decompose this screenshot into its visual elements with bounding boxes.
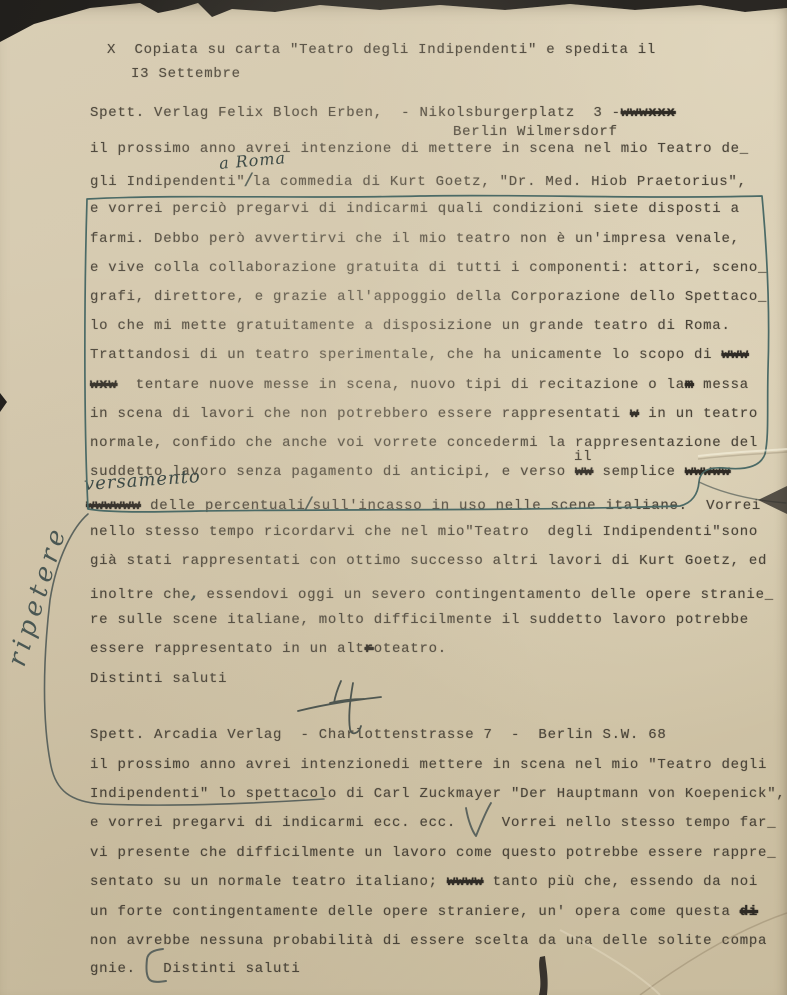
- handwritten-annotations-overlay: ripetere: [0, 0, 787, 995]
- bottom-tear-mark: [539, 956, 548, 995]
- opening-bracket-mark: [146, 949, 166, 982]
- margin-bracket-curve: [45, 514, 325, 805]
- right-edge-tear-mark: [758, 486, 787, 514]
- check-mark: [466, 803, 491, 836]
- paper-creases: [560, 449, 787, 995]
- scanned-letter-page: X Copiata su carta "Teatro degli Indipen…: [0, 0, 787, 995]
- paragraph-box-annotation: [85, 196, 769, 512]
- crossed-out-hash-mark: [298, 681, 381, 733]
- margin-note-ripetere: ripetere: [2, 521, 74, 670]
